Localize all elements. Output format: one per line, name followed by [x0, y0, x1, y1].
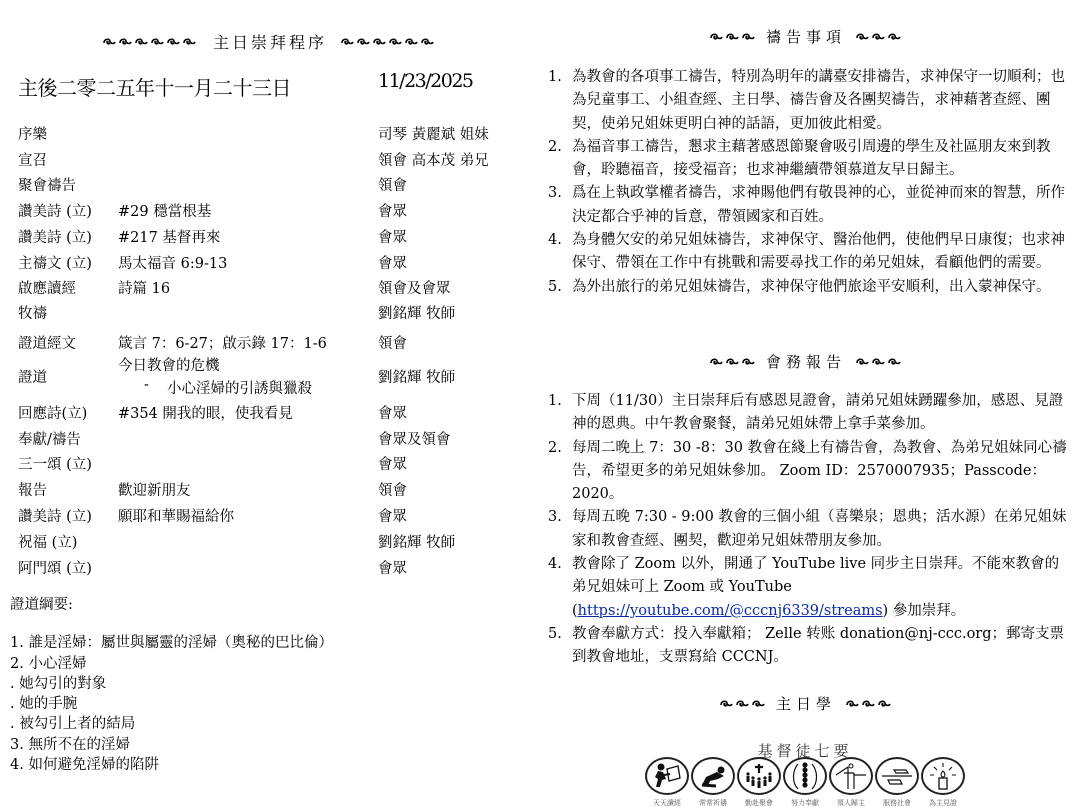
order-row: 證道經文箴言 7：6-27；啟示錄 17：1-6領會	[0, 332, 540, 358]
order-item: 主禱文 (立)	[18, 252, 92, 273]
order-content: 箴言 7：6-27；啟示錄 17：1-6	[118, 332, 327, 353]
evangelism-icon	[829, 757, 873, 795]
order-leader: 會眾	[378, 453, 407, 474]
list-text: 為福音事工禱告，懇求主藉著感恩節聚會吸引周邊的學生及社區朋友來到教會，聆聽福音，…	[572, 136, 1068, 183]
order-leader: 會眾	[378, 557, 407, 578]
offering-icon	[783, 757, 827, 795]
order-content: 詩篇 16	[118, 277, 170, 298]
list-item: 5.教會奉獻方式：投入奉獻箱； Zelle 转账 donation@nj-ccc…	[548, 623, 1068, 670]
sunday-school-heading: 主日學	[540, 693, 1072, 714]
sunday-school-title: 主日學	[776, 695, 836, 713]
serving-icon	[875, 757, 919, 795]
essential-label: 領人歸主	[829, 798, 873, 808]
ornament-right-icon	[856, 32, 902, 42]
list-number: 5.	[548, 623, 562, 646]
announcements-heading: 會務報告	[540, 351, 1072, 372]
order-item: 讚美詩 (立)	[18, 226, 92, 247]
order-item: 宣召	[18, 149, 47, 170]
order-row: 牧禱劉銘輝 牧師	[0, 302, 540, 328]
order-leader: 領會及會眾	[378, 277, 451, 298]
order-content: 歡迎新朋友	[118, 479, 191, 500]
order-row: 聚會禱告領會	[0, 174, 540, 200]
order-content: #354 開我的眼，使我看見	[118, 402, 293, 423]
order-leader: 劉銘輝 牧師	[378, 302, 455, 323]
date-chinese: 主後二零二五年十一月二十三日	[18, 72, 291, 101]
essential-label: 為主見證	[921, 798, 965, 808]
list-text: 爲在上執政掌權者禱告，求神賜他們有敬畏神的心，並從神而來的智慧，所作決定都合乎神…	[572, 182, 1068, 229]
order-leader: 會眾	[378, 402, 407, 423]
order-leader: 領會 高本茂 弟兄	[378, 149, 489, 170]
announcements-list: 1.下周（11/30）主日崇拜后有感恩見證會，請弟兄姐妹踴躍參加，感恩、見證神的…	[548, 390, 1068, 670]
order-leader: 領會	[378, 332, 407, 353]
order-row: 阿門頌 (立)會眾	[0, 557, 540, 583]
list-text: 每周二晚上 7：30 -8：30 教會在綫上有禱告會，為教會、為弟兄姐妹同心禱告…	[572, 437, 1068, 507]
order-item: 奉獻/禱告	[18, 428, 81, 449]
order-row: 奉獻/禱告會眾及領會	[0, 428, 540, 454]
list-text: 教會奉獻方式：投入奉獻箱； Zelle 转账 donation@nj-ccc.o…	[572, 623, 1068, 670]
ornament-right-icon	[846, 699, 892, 709]
order-subcontent: 小心淫婦的引誘與獵殺	[167, 377, 312, 398]
ornament-left-icon	[720, 699, 766, 709]
order-row: 啟應讀經詩篇 16領會及會眾	[0, 277, 540, 303]
order-item: 牧禱	[18, 302, 47, 323]
order-row: 讚美詩 (立)願耶和華賜福給你會眾	[0, 505, 540, 531]
sermon-outline-line: 1. 誰是淫婦：屬世與屬靈的淫婦（奧秘的巴比倫）	[10, 631, 333, 652]
order-leader: 劉銘輝 牧師	[378, 366, 455, 387]
sermon-outline-line: . 她的手腕	[10, 692, 77, 713]
list-number: 4.	[548, 229, 562, 252]
essential-label: 努力奉獻	[783, 798, 827, 808]
order-leader: 會眾	[378, 226, 407, 247]
sermon-outline-line: . 被勾引上者的結局	[10, 712, 135, 733]
list-text: 每周五晚 7:30 - 9:00 教會的三個小組（喜樂泉；恩典；活水源）在弟兄姐…	[572, 506, 1068, 553]
order-content: #217 基督再來	[118, 226, 220, 247]
list-item: 4.為身體欠安的弟兄姐妹禱告，求神保守、醫治他們，使他們早日康復；也求神保守、帶…	[548, 229, 1068, 276]
gathering-icon	[737, 757, 781, 795]
order-leader: 劉銘輝 牧師	[378, 531, 455, 552]
list-item: 4.教會除了 Zoom 以外，開通了 YouTube live 同步主日崇拜。不…	[548, 553, 1068, 623]
order-item: 證道	[18, 366, 47, 387]
seven-essentials-icons	[645, 757, 967, 797]
order-row: 報告歡迎新朋友領會	[0, 479, 540, 505]
order-content: 今日教會的危機	[118, 354, 220, 375]
list-number: 5.	[548, 276, 562, 299]
worship-order-heading: 主日崇拜程序	[0, 30, 540, 53]
essential-label: 勤赴聚會	[737, 798, 781, 808]
order-item: 阿門頌 (立)	[18, 557, 92, 578]
order-item: 報告	[18, 479, 47, 500]
youtube-streams-link[interactable]: https://youtube.com/@cccnj6339/streams	[578, 603, 883, 619]
sermon-outline-line: 4. 如何避免淫婦的陷阱	[10, 753, 159, 774]
ornament-left-icon	[103, 37, 199, 47]
order-item: 聚會禱告	[18, 174, 76, 195]
list-text: 下周（11/30）主日崇拜后有感恩見證會，請弟兄姐妹踴躍參加，感恩、見證神的恩典…	[572, 390, 1068, 437]
order-content: #29 穩當根基	[118, 200, 211, 221]
list-item: 2.為福音事工禱告，懇求主藉著感恩節聚會吸引周邊的學生及社區朋友來到教會，聆聽福…	[548, 136, 1068, 183]
order-row: 祝福 (立)劉銘輝 牧師	[0, 531, 540, 557]
essential-label: 常常祈禱	[691, 798, 735, 808]
list-text: 為教會的各項事工禱告，特別為明年的講臺安排禱告，求神保守一切順利；也為兒童事工、…	[572, 66, 1068, 136]
ornament-left-icon	[710, 32, 756, 42]
list-item: 5.為外出旅行的弟兄姐妹禱告，求神保守他們旅途平安順利，出入蒙神保守。	[548, 276, 1068, 299]
list-number: 3.	[548, 506, 562, 529]
sermon-outline-title: 證道綱要:	[10, 593, 73, 614]
list-number: 2.	[548, 136, 562, 159]
list-number: 3.	[548, 182, 562, 205]
order-row: 回應詩(立)#354 開我的眼，使我看見會眾	[0, 402, 540, 428]
order-leader: 會眾及領會	[378, 428, 451, 449]
prayer-list: 1.為教會的各項事工禱告，特別為明年的講臺安排禱告，求神保守一切順利；也為兒童事…	[548, 66, 1068, 299]
order-row: 宣召領會 高本茂 弟兄	[0, 149, 540, 175]
order-row: 讚美詩 (立)#217 基督再來會眾	[0, 226, 540, 252]
prayer-heading: 禱告事項	[540, 26, 1072, 47]
order-item: 證道經文	[18, 332, 76, 353]
sermon-outline-line: 2. 小心淫婦	[10, 652, 86, 673]
order-leader: 領會	[378, 479, 407, 500]
praying-icon	[691, 757, 735, 795]
list-text: 為身體欠安的弟兄姐妹禱告，求神保守、醫治他們，使他們早日康復；也求神保守、帶領在…	[572, 229, 1068, 276]
worship-order-title: 主日崇拜程序	[213, 33, 327, 52]
announcements-title: 會務報告	[766, 353, 846, 371]
sermon-outline-line: 3. 無所不在的淫婦	[10, 733, 130, 754]
order-leader: 司琴 黃麗斌 姐妹	[378, 123, 489, 144]
list-item: 3.每周五晚 7:30 - 9:00 教會的三個小組（喜樂泉；恩典；活水源）在弟…	[548, 506, 1068, 553]
ornament-right-icon	[856, 357, 902, 367]
sermon-outline-line: . 她勾引的對象	[10, 672, 106, 693]
seven-essentials-labels: 天天讀經常常祈禱勤赴聚會努力奉獻領人歸主服務社會為主見證	[645, 798, 967, 808]
order-item: 祝福 (立)	[18, 531, 77, 552]
order-content: 願耶和華賜福給你	[118, 505, 234, 526]
candle-witness-icon	[921, 757, 965, 795]
list-item: 3.爲在上執政掌權者禱告，求神賜他們有敬畏神的心，並從神而來的智慧，所作決定都合…	[548, 182, 1068, 229]
order-item: 讚美詩 (立)	[18, 505, 92, 526]
order-item: 啟應讀經	[18, 277, 76, 298]
order-item: 回應詩(立)	[18, 402, 87, 423]
order-item: 三一頌 (立)	[18, 453, 92, 474]
order-row: 三一頌 (立)會眾	[0, 453, 540, 479]
list-number: 1.	[548, 66, 562, 89]
order-leader: 會眾	[378, 252, 407, 273]
order-row: 讚美詩 (立)#29 穩當根基會眾	[0, 200, 540, 226]
sub-bullet-dash: -	[144, 377, 149, 393]
order-leader: 會眾	[378, 200, 407, 221]
list-number: 1.	[548, 390, 562, 413]
order-item: 讚美詩 (立)	[18, 200, 92, 221]
list-item: 1.為教會的各項事工禱告，特別為明年的講臺安排禱告，求神保守一切順利；也為兒童事…	[548, 66, 1068, 136]
order-leader: 領會	[378, 174, 407, 195]
prayer-title: 禱告事項	[766, 28, 846, 46]
list-text: 教會除了 Zoom 以外，開通了 YouTube live 同步主日崇拜。不能來…	[572, 553, 1068, 623]
list-number: 2.	[548, 437, 562, 460]
essential-label: 天天讀經	[645, 798, 689, 808]
list-number: 4.	[548, 553, 562, 576]
list-item: 1.下周（11/30）主日崇拜后有感恩見證會，請弟兄姐妹踴躍參加，感恩、見證神的…	[548, 390, 1068, 437]
ornament-left-icon	[710, 357, 756, 367]
date-numeric: 11/23/2025	[378, 70, 473, 92]
order-row: 證道今日教會的危機-小心淫婦的引誘與獵殺劉銘輝 牧師	[0, 358, 540, 384]
order-row: 主禱文 (立)馬太福音 6:9-13會眾	[0, 252, 540, 278]
order-row: 序樂司琴 黃麗斌 姐妹	[0, 123, 540, 149]
order-item: 序樂	[18, 123, 47, 144]
list-text: 為外出旅行的弟兄姐妹禱告，求神保守他們旅途平安順利，出入蒙神保守。	[572, 276, 1068, 299]
order-leader: 會眾	[378, 505, 407, 526]
ornament-right-icon	[341, 37, 437, 47]
text-after-link: ) 參加崇拜。	[883, 603, 966, 619]
reading-bible-icon	[645, 757, 689, 795]
essential-label: 服務社會	[875, 798, 919, 808]
list-item: 2.每周二晚上 7：30 -8：30 教會在綫上有禱告會，為教會、為弟兄姐妹同心…	[548, 437, 1068, 507]
order-content: 馬太福音 6:9-13	[118, 252, 227, 273]
